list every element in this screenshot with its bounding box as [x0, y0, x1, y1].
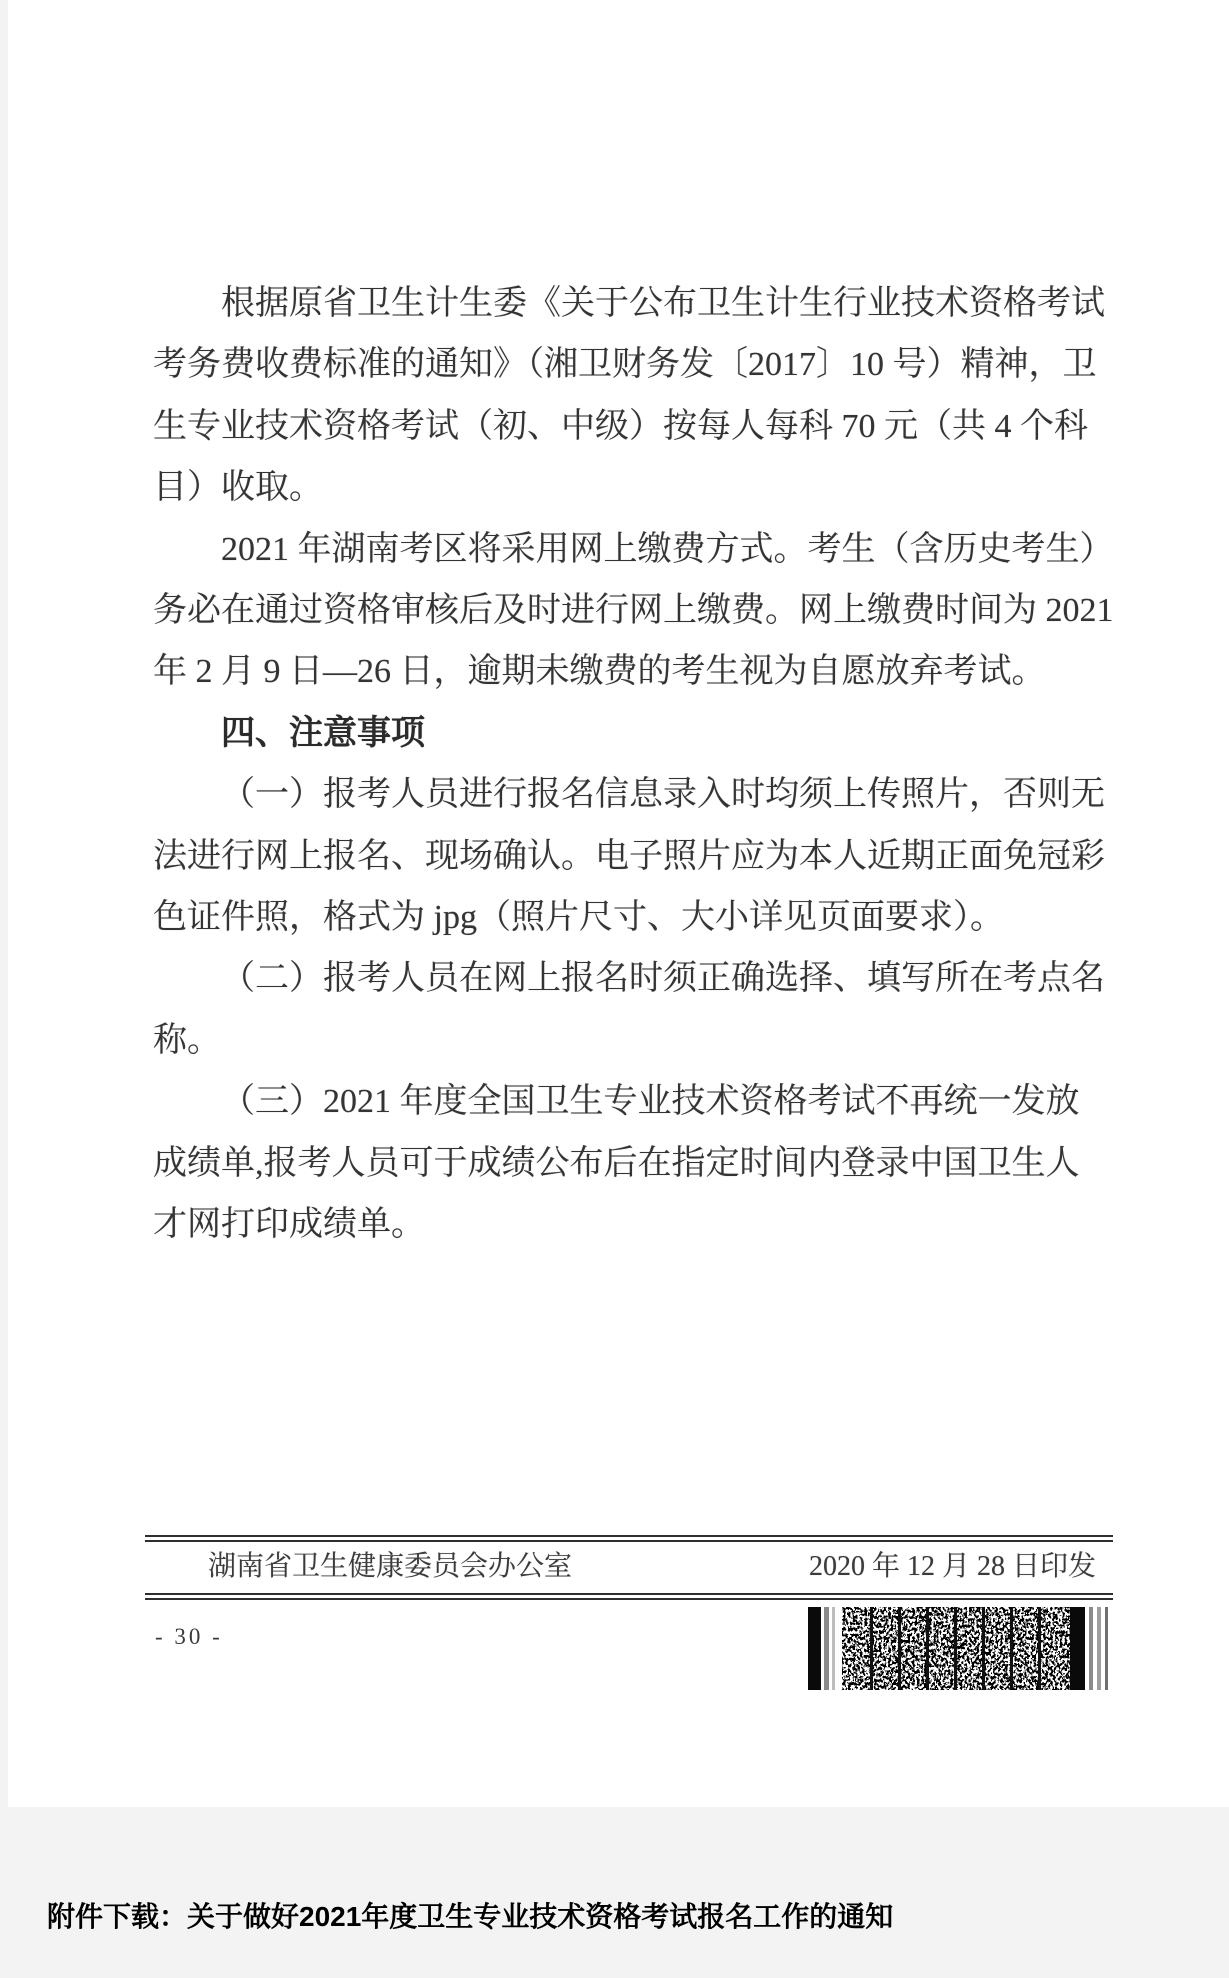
doc-paragraph-line: 年 2 月 9 日—26 日，逾期未缴费的考生视为自愿放弃考试。: [153, 641, 1105, 702]
doc-paragraph-line: 称。: [153, 1010, 1105, 1071]
footer-print-date: 2020 年 12 月 28 日印发: [791, 1549, 1096, 1585]
footer-bottom-rule: [145, 1593, 1113, 1600]
barcode-2d-icon: [808, 1607, 1113, 1690]
doc-paragraph-line: 务必在通过资格审核后及时进行网上缴费。网上缴费时间为 2021: [153, 580, 1105, 641]
doc-paragraph-line: （一）报考人员进行报名信息录入时均须上传照片，否则无: [153, 764, 1105, 825]
doc-paragraph-line: （三）2021 年度全国卫生专业技术资格考试不再统一发放: [153, 1071, 1105, 1132]
section-heading: 四、注意事项: [153, 703, 1105, 764]
page-number: - 30 -: [155, 1622, 223, 1652]
doc-paragraph-line: 色证件照，格式为 jpg（照片尺寸、大小详见页面要求）。: [153, 887, 1105, 948]
footer-issuer: 湖南省卫生健康委员会办公室: [208, 1549, 572, 1585]
doc-paragraph-line: 根据原省卫生计生委《关于公布卫生计生行业技术资格考试: [153, 273, 1105, 334]
doc-paragraph-line: 考务费收费标准的通知》（湘卫财务发〔2017〕10 号）精神，卫: [153, 334, 1105, 395]
footer-top-rule: [145, 1535, 1113, 1542]
doc-paragraph-line: 2021 年湖南考区将采用网上缴费方式。考生（含历史考生）: [153, 519, 1105, 580]
attachment-download-label: 附件下载：: [47, 1901, 187, 1932]
document-body: 根据原省卫生计生委《关于公布卫生计生行业技术资格考试 考务费收费标准的通知》（湘…: [153, 273, 1105, 1256]
doc-paragraph-line: 目）收取。: [153, 457, 1105, 518]
doc-paragraph-line: 生专业技术资格考试（初、中级）按每人每科 70 元（共 4 个科: [153, 396, 1105, 457]
doc-paragraph-line: 才网打印成绩单。: [153, 1194, 1105, 1255]
doc-paragraph-line: 成绩单,报考人员可于成绩公布后在指定时间内登录中国卫生人: [153, 1133, 1105, 1194]
attachment-download-bar: 附件下载：关于做好2021年度卫生专业技术资格考试报名工作的通知: [0, 1807, 1229, 1978]
document-page: 根据原省卫生计生委《关于公布卫生计生行业技术资格考试 考务费收费标准的通知》（湘…: [8, 0, 1229, 1807]
doc-paragraph-line: （二）报考人员在网上报名时须正确选择、填写所在考点名: [153, 948, 1105, 1009]
doc-paragraph-line: 法进行网上报名、现场确认。电子照片应为本人近期正面免冠彩: [153, 826, 1105, 887]
attachment-download-link[interactable]: 关于做好2021年度卫生专业技术资格考试报名工作的通知: [187, 1901, 893, 1932]
